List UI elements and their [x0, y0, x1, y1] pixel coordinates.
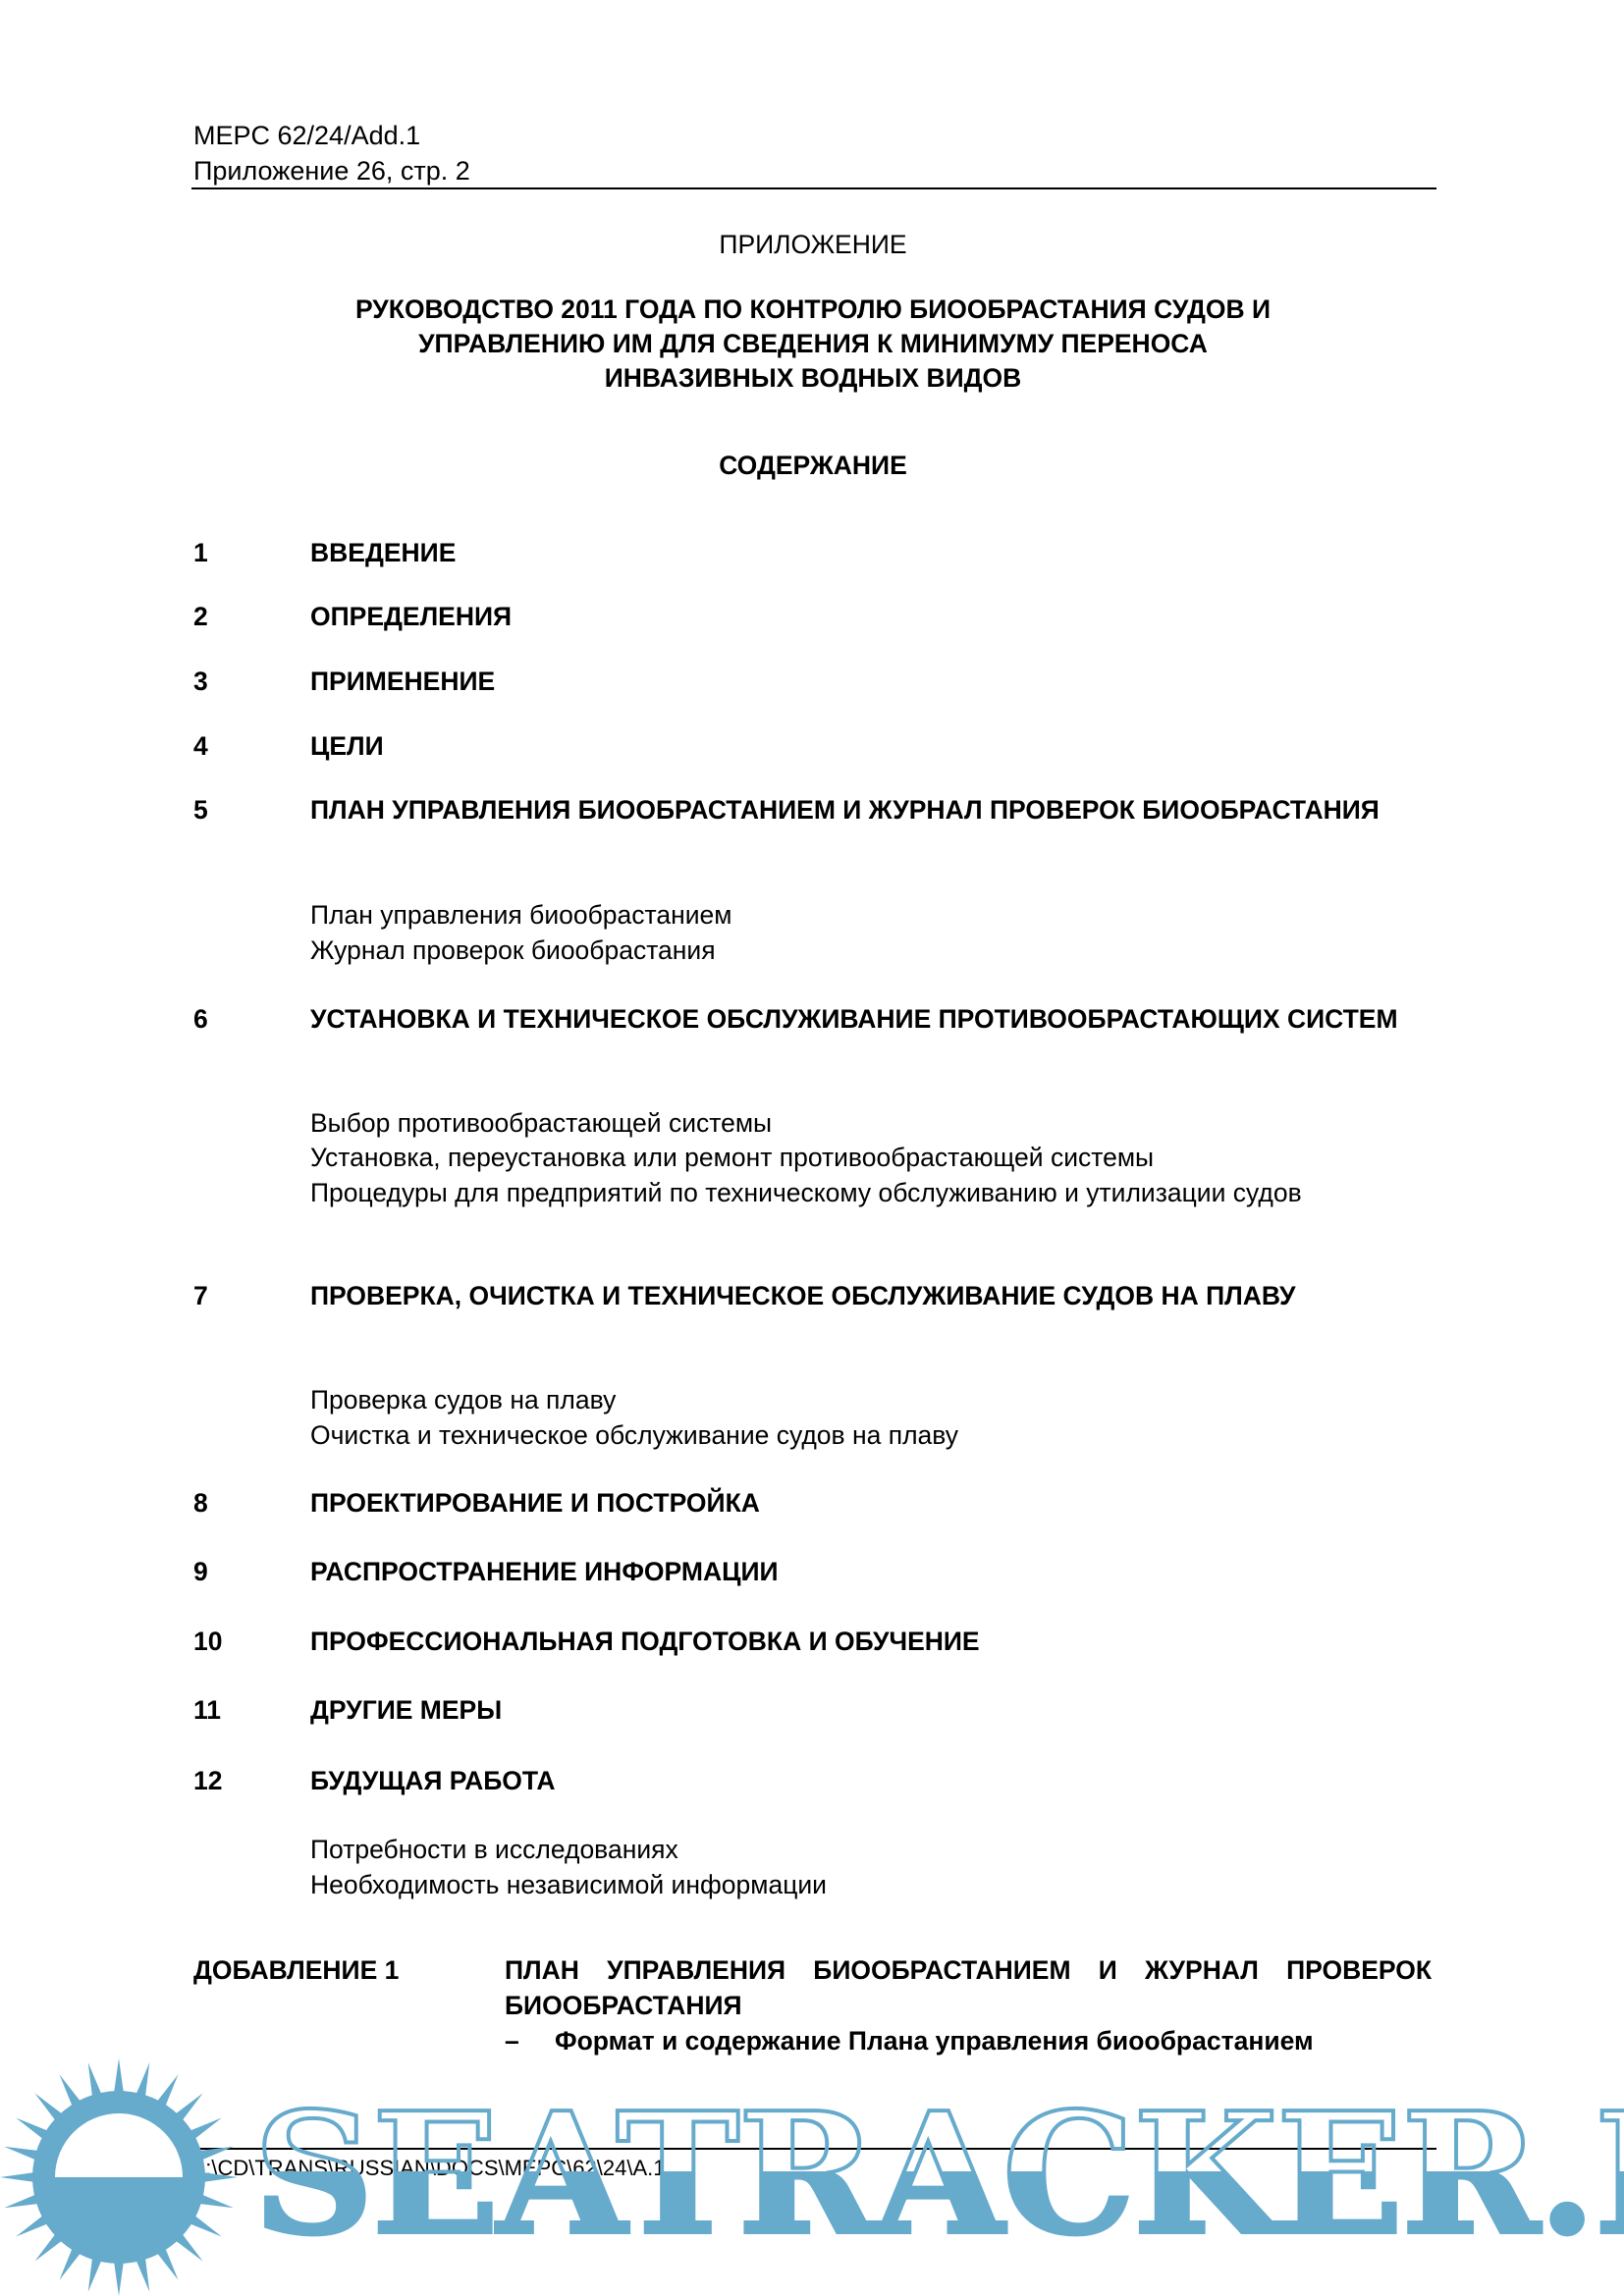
toc-subitem[interactable]: Установка, переустановка или ремонт прот… — [310, 1140, 1432, 1175]
annex-label: ПРИЛОЖЕНИЕ — [193, 228, 1433, 262]
toc-item-dissemination[interactable]: РАСПРОСТРАНЕНИЕ ИНФОРМАЦИИ — [310, 1554, 1432, 1589]
toc-number: 9 — [193, 1554, 208, 1589]
toc-number: 5 — [193, 792, 208, 828]
toc-subitem[interactable]: Журнал проверок биообрастания — [310, 933, 1432, 968]
bullet-dash: – — [505, 2023, 555, 2058]
addendum-bullet-text: Формат и содержание Плана управления био… — [555, 2026, 1314, 2056]
toc-item-introduction[interactable]: ВВЕДЕНИЕ — [310, 535, 1432, 570]
toc-item-design-construction[interactable]: ПРОЕКТИРОВАНИЕ И ПОСТРОЙКА — [310, 1485, 1432, 1521]
footer-file-path: L:\CD\TRANS\RUSSIAN\DOCS\MEPC\62\24\A.1 — [193, 2156, 665, 2181]
toc-item-in-water-inspection[interactable]: ПРОВЕРКА, ОЧИСТКА И ТЕХНИЧЕСКОЕ ОБСЛУЖИВ… — [310, 1278, 1432, 1313]
toc-subitem[interactable]: Очистка и техническое обслуживание судов… — [310, 1417, 1432, 1453]
toc-item-biofouling-plan[interactable]: ПЛАН УПРАВЛЕНИЯ БИООБРАСТАНИЕМ И ЖУРНАЛ … — [310, 792, 1432, 828]
toc-item-application[interactable]: ПРИМЕНЕНИЕ — [310, 664, 1432, 699]
addendum-label: ДОБАВЛЕНИЕ 1 — [193, 1952, 399, 1988]
document-code: MEPC 62/24/Add.1 — [193, 118, 420, 153]
toc-number: 4 — [193, 728, 208, 764]
document-title-line-1: РУКОВОДСТВО 2011 ГОДА ПО КОНТРОЛЮ БИООБР… — [193, 293, 1433, 327]
document-title-line-2: УПРАВЛЕНИЮ ИМ ДЛЯ СВЕДЕНИЯ К МИНИМУМУ ПЕ… — [193, 327, 1433, 361]
toc-subitem[interactable]: Проверка судов на плаву — [310, 1382, 1432, 1417]
toc-subitem[interactable]: Необходимость независимой информации — [310, 1867, 1432, 1902]
toc-item-antifouling-systems[interactable]: УСТАНОВКА И ТЕХНИЧЕСКОЕ ОБСЛУЖИВАНИЕ ПРО… — [310, 1001, 1432, 1037]
toc-number: 8 — [193, 1485, 208, 1521]
toc-number: 11 — [193, 1692, 221, 1728]
toc-number: 1 — [193, 535, 208, 570]
header-divider — [191, 187, 1436, 189]
toc-number: 7 — [193, 1278, 208, 1313]
addendum-title[interactable]: ПЛАН УПРАВЛЕНИЯ БИООБРАСТАНИЕМ И ЖУРНАЛ … — [505, 1952, 1432, 2023]
toc-number: 2 — [193, 599, 208, 634]
toc-number: 6 — [193, 1001, 208, 1037]
toc-subitem[interactable]: Потребности в исследованиях — [310, 1832, 1432, 1867]
document-title-line-3: ИНВАЗИВНЫХ ВОДНЫХ ВИДОВ — [193, 361, 1433, 396]
toc-item-other-measures[interactable]: ДРУГИЕ МЕРЫ — [310, 1692, 1432, 1728]
addendum-bullet[interactable]: –Формат и содержание Плана управления би… — [505, 2023, 1432, 2058]
toc-number: 3 — [193, 664, 208, 699]
toc-item-definitions[interactable]: ОПРЕДЕЛЕНИЯ — [310, 599, 1432, 634]
toc-item-objectives[interactable]: ЦЕЛИ — [310, 728, 1432, 764]
contents-heading: СОДЕРЖАНИЕ — [193, 449, 1433, 483]
toc-subitem[interactable]: Выбор противообрастающей системы — [310, 1105, 1432, 1141]
footer-divider — [191, 2148, 1436, 2150]
toc-item-future-work[interactable]: БУДУЩАЯ РАБОТА — [310, 1763, 1432, 1798]
toc-subitem[interactable]: План управления биообрастанием — [310, 897, 1432, 933]
toc-subitem[interactable]: Процедуры для предприятий по техническом… — [310, 1175, 1432, 1210]
toc-number: 10 — [193, 1624, 222, 1659]
toc-item-training[interactable]: ПРОФЕССИОНАЛЬНАЯ ПОДГОТОВКА И ОБУЧЕНИЕ — [310, 1624, 1432, 1659]
toc-number: 12 — [193, 1763, 222, 1798]
page-reference: Приложение 26, стр. 2 — [193, 153, 470, 188]
